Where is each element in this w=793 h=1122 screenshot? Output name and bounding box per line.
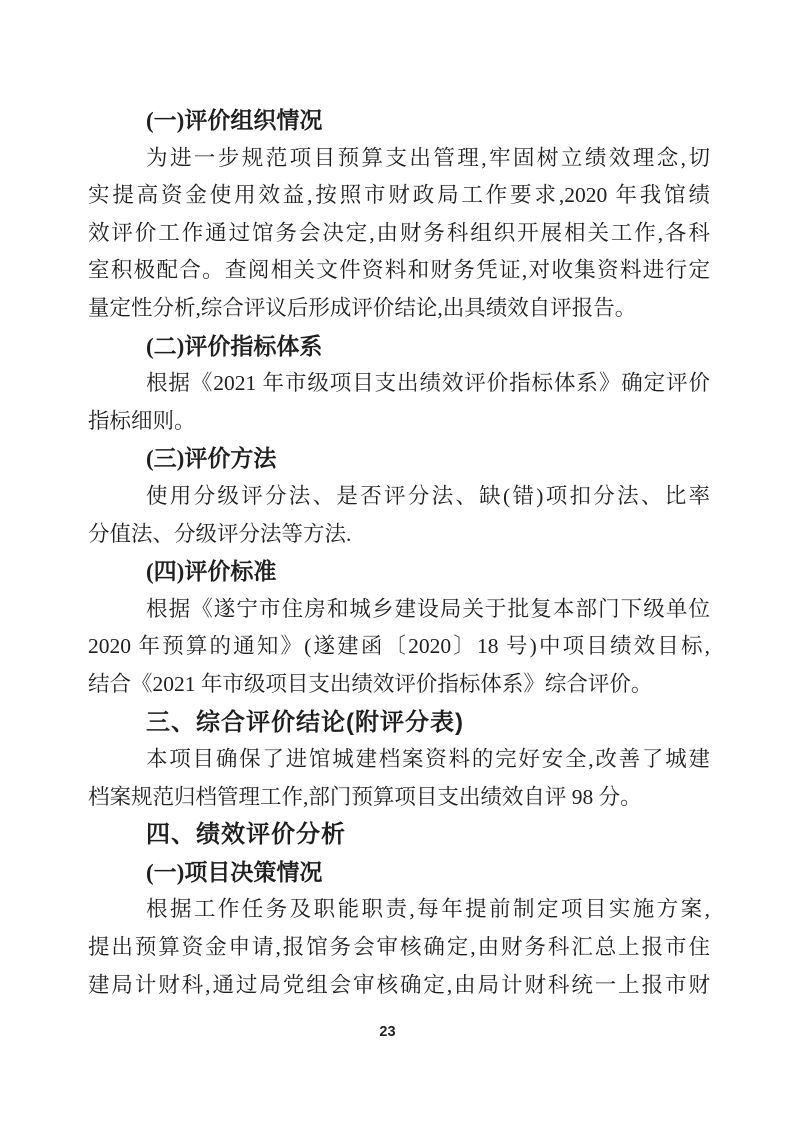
text-line: 档案规范归档管理工作,部门预算项目支出绩效自评 98 分。 (88, 779, 710, 817)
document-page: (一)评价组织情况 为进一步规范项目预算支出管理,牢固树立绩效理念,切 实提高资… (0, 0, 793, 1122)
text-line: 分值法、分级评分法等方法. (88, 516, 710, 554)
text-line: 量定性分析,综合评议后形成评价结论,出具绩效自评报告。 (88, 290, 710, 328)
text-line: 2020 年预算的通知》(遂建函〔2020〕18 号)中项目绩效目标, (88, 628, 710, 666)
text-line: 指标细则。 (88, 403, 710, 441)
text-line: 室积极配合。查阅相关文件资料和财务凭证,对收集资料进行定 (88, 252, 710, 290)
text-line: 提出预算资金申请,报馆务会审核确定,由财务科汇总上报市住 (88, 929, 710, 967)
text-line: 根据工作任务及职能职责,每年提前制定项目实施方案, (88, 891, 710, 929)
document-body: (一)评价组织情况 为进一步规范项目预算支出管理,牢固树立绩效理念,切 实提高资… (88, 102, 710, 1004)
text-line: 本项目确保了进馆城建档案资料的完好安全,改善了城建 (88, 741, 710, 779)
text-line: 建局计财科,通过局党组会审核确定,由局计财科统一上报市财 (88, 967, 710, 1005)
text-line: 根据《2021 年市级项目支出绩效评价指标体系》确定评价 (88, 365, 710, 403)
text-line: 使用分级评分法、是否评分法、缺(错)项扣分法、比率 (88, 478, 710, 516)
page-number: 23 (0, 1024, 784, 1040)
text-line: 结合《2021 年市级项目支出绩效评价指标体系》综合评价。 (88, 666, 710, 704)
heading-eval-organization: (一)评价组织情况 (88, 102, 710, 140)
heading-eval-indicator-system: (二)评价指标体系 (88, 328, 710, 366)
heading-performance-analysis: 四、绩效评价分析 (88, 816, 710, 854)
heading-eval-method: (三)评价方法 (88, 440, 710, 478)
heading-eval-standard: (四)评价标准 (88, 553, 710, 591)
text-line: 为进一步规范项目预算支出管理,牢固树立绩效理念,切 (88, 140, 710, 178)
text-line: 根据《遂宁市住房和城乡建设局关于批复本部门下级单位 (88, 591, 710, 629)
heading-project-decision: (一)项目决策情况 (88, 854, 710, 892)
text-line: 实提高资金使用效益,按照市财政局工作要求,2020 年我馆绩 (88, 177, 710, 215)
text-line: 效评价工作通过馆务会决定,由财务科组织开展相关工作,各科 (88, 215, 710, 253)
heading-overall-conclusion: 三、综合评价结论(附评分表) (88, 704, 710, 742)
